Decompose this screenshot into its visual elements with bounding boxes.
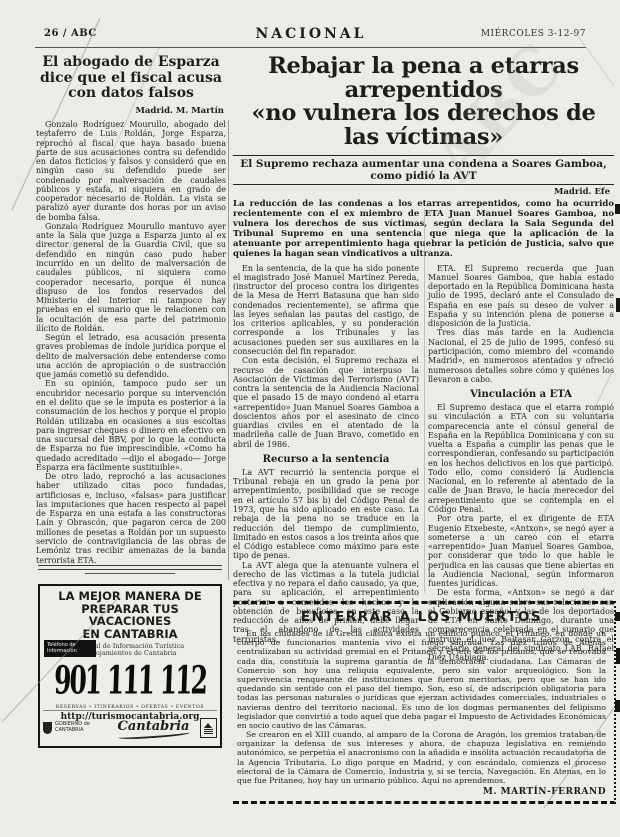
page-header: 26 / ABC NACIONAL MIÉRCOLES 3-12-97 (36, 26, 586, 44)
main-headline: Rebajar la pena a etarras arrepentidos «… (233, 55, 614, 150)
paragraph: La AVT recurrió la sentencia porque el T… (233, 468, 419, 561)
left-article: El abogado de Esparza dice que el fiscal… (36, 55, 226, 565)
paragraph: En la sentencia, de la que ha sido ponen… (233, 264, 419, 357)
column-rule (228, 120, 229, 580)
left-article-headline: El abogado de Esparza dice que el fiscal… (36, 55, 226, 102)
ad-phone-number-artwork: 901 111 112 (39, 658, 221, 703)
edition-date: MIÉRCOLES 3-12-97 (481, 29, 586, 39)
partner-logo-icon (200, 718, 217, 738)
divider-line (38, 569, 222, 570)
ad-title-line: EN CANTABRIA (40, 628, 220, 641)
header-rule (35, 47, 586, 48)
ad-title-line: LA MEJOR MANERA DE (40, 590, 220, 603)
paragraph: Gonzalo Rodríguez Mourullo, abogado del … (36, 120, 226, 222)
government-logo-text: GOBIERNO de CANTABRIA (55, 722, 107, 734)
mountain-icon (204, 723, 212, 728)
paragraph: Tres días más tarde en la Audiencia Naci… (428, 328, 614, 384)
divider-line-short (85, 573, 175, 574)
coat-of-arms-icon (43, 722, 52, 734)
opinion-title: ENTERRAR A LOS MUERTOS (237, 609, 606, 625)
paragraph: Se crearon en el XIII cuando, al amparo … (237, 730, 606, 785)
main-headline-line2: «no vulnera los derechos de las víctimas… (233, 102, 614, 149)
column-rule (424, 208, 425, 593)
ad-title-line: PREPARAR TUS VACACIONES (40, 603, 220, 628)
section-divider (38, 565, 222, 574)
scan-edge-mark (616, 298, 620, 312)
main-headline-line1: Rebajar la pena a etarras arrepentidos (233, 55, 614, 102)
scan-edge-mark (615, 204, 620, 214)
paragraph: ETA. El Supremo recuerda que Juan Manuel… (428, 264, 614, 329)
advertisement-cantabria: LA MEJOR MANERA DE PREPARAR TUS VACACION… (38, 584, 222, 748)
paragraph: En las ciudades de la Grecia clásica exi… (237, 629, 606, 730)
ad-logos-row: GOBIERNO de CANTABRIA Cantabria (43, 710, 217, 743)
opinion-box: ENTERRAR A LOS MUERTOS En las ciudades d… (233, 601, 616, 804)
newspaper-page-scan: { "page": {"bg": "#edebe6", "ink": "#1d1… (0, 0, 620, 837)
main-subhead: El Supremo rechaza aumentar una condena … (233, 155, 614, 185)
government-logo: GOBIERNO de CANTABRIA (43, 722, 107, 734)
column-subhead-recurso: Recurso a la sentencia (233, 454, 419, 465)
divider-line (38, 565, 222, 566)
opinion-signature: M. MARTÍN-FERRAND (237, 787, 606, 797)
paragraph: De otro lado, reprochó a las acusaciones… (36, 472, 226, 565)
main-byline: Madrid. Efe (233, 187, 610, 197)
paragraph: Según el letrado, esa acusación presenta… (36, 333, 226, 379)
scan-edge-mark (616, 648, 620, 664)
left-article-byline: Madrid. M. Martín (36, 106, 224, 116)
column-subhead-vinculacion: Vinculación a ETA (428, 389, 614, 400)
paragraph: Por otra parte, el ex dirigente de ETA E… (428, 514, 614, 588)
ad-title: LA MEJOR MANERA DE PREPARAR TUS VACACION… (40, 590, 220, 641)
left-article-body: Gonzalo Rodríguez Mourullo, abogado del … (36, 120, 226, 565)
paragraph: Con esta decisión, el Supremo rechaza el… (233, 356, 419, 449)
cantabria-brand-logo: Cantabria (118, 719, 190, 738)
paragraph: Gonzalo Rodríguez Mourullo mantuvo ayer … (36, 222, 226, 333)
ad-phone-tag: Teléfono de Información (44, 640, 96, 657)
paragraph: El Supremo destaca que el etarra rompió … (428, 403, 614, 514)
paragraph: En su opinión, tampoco pudo ser un encub… (36, 379, 226, 472)
